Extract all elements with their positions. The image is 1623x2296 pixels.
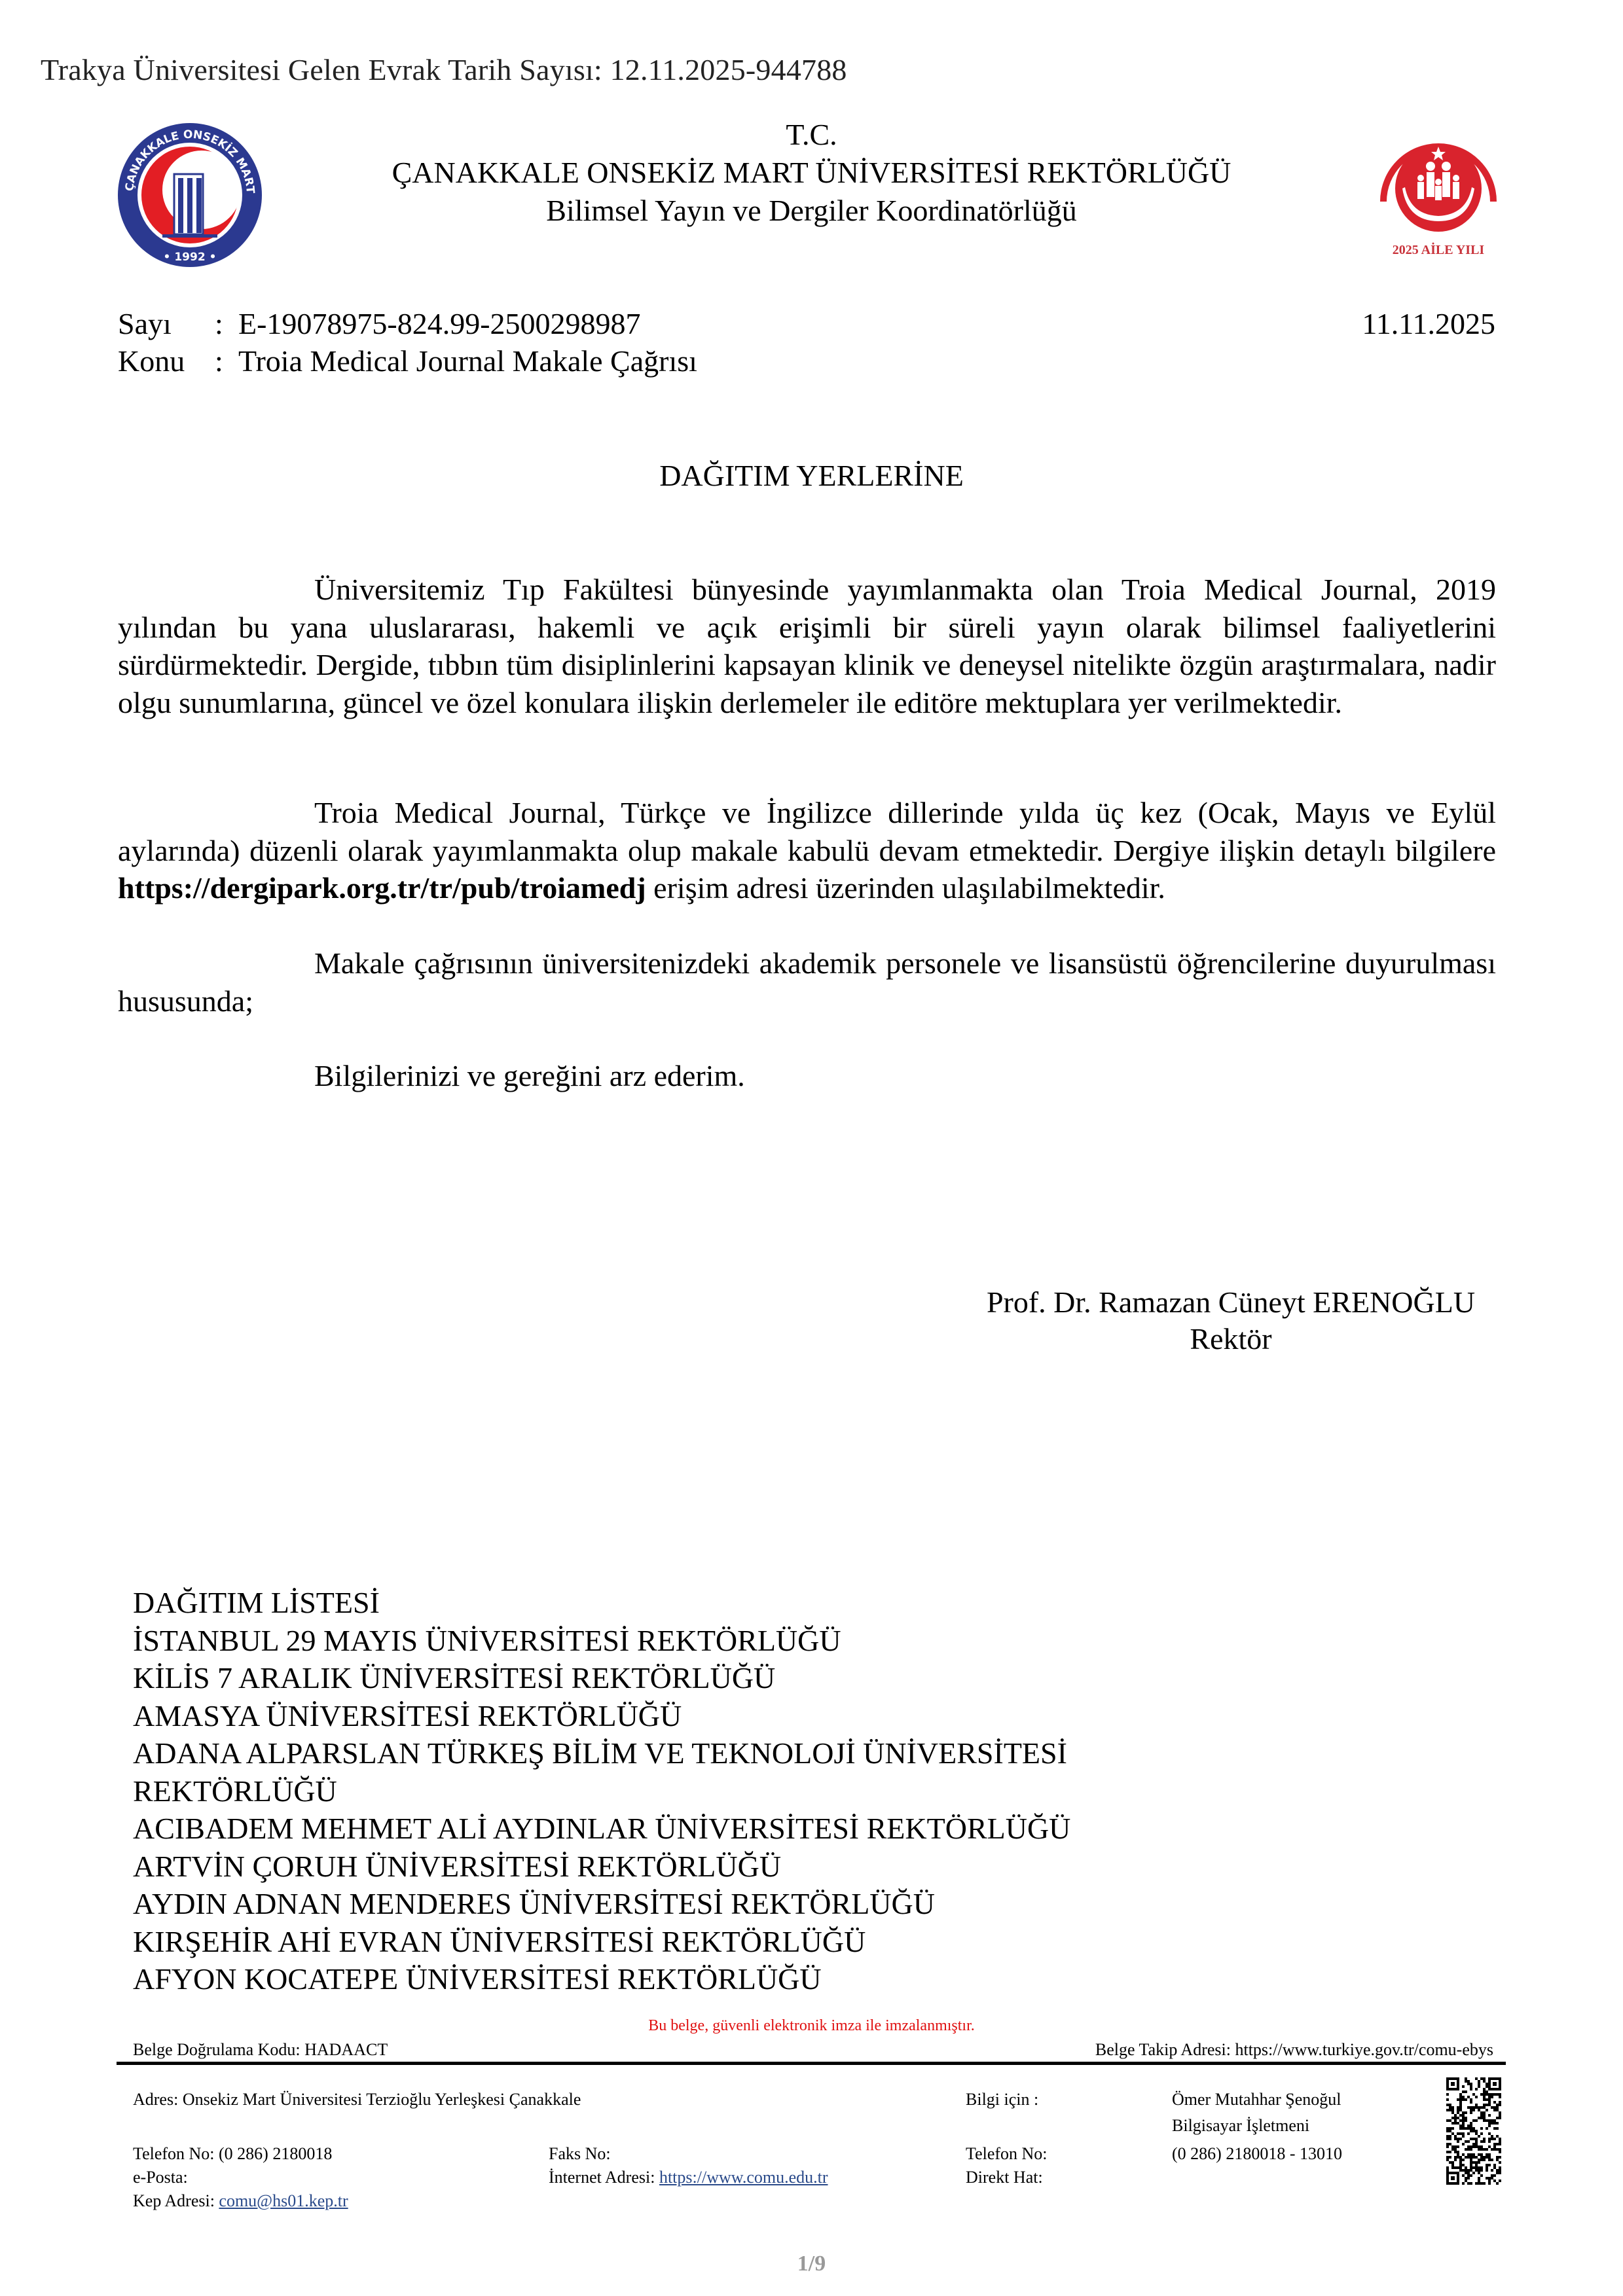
number-label: Sayı [118,306,215,342]
footer-internet: İnternet Adresi: https://www.comu.edu.tr [549,2166,828,2189]
body-paragraph-3: Makale çağrısının üniversitenizdeki akad… [118,944,1496,1020]
kep-address-link[interactable]: comu@hs01.kep.tr [219,2191,348,2210]
page-number: 1/9 [0,2251,1623,2276]
separator: : [215,343,238,380]
footer-email: e-Posta: [133,2166,188,2189]
contact-phone-label: Telefon No: [966,2142,1048,2166]
verification-code: Belge Doğrulama Kodu: HADAACT [133,2040,388,2060]
distribution-list: DAĞITIM LİSTESİ İSTANBUL 29 MAYIS ÜNİVER… [133,1584,1246,1998]
list-item: AFYON KOCATEPE ÜNİVERSİTESİ REKTÖRLÜĞÜ [133,1960,1246,1998]
closing-line: Bilgilerinizi ve gereğini arz ederim. [118,1057,1496,1095]
subject-label: Konu [118,343,215,380]
signatory-title: Rektör [959,1321,1503,1357]
svg-text:• 1992 •: • 1992 • [164,251,217,264]
body-paragraph-1: Üniversitemiz Tıp Fakültesi bünyesinde y… [118,571,1496,721]
distribution-heading: DAĞITIM LİSTESİ [133,1584,1246,1622]
salutation: DAĞITIM YERLERİNE [0,458,1623,493]
e-signature-notice: Bu belge, güvenli elektronik imza ile im… [0,2017,1623,2035]
list-item: AYDIN ADNAN MENDERES ÜNİVERSİTESİ REKTÖR… [133,1885,1246,1923]
body-paragraph-2: Troia Medical Journal, Türkçe ve İngiliz… [118,794,1496,907]
tracking-address: Belge Takip Adresi: https://www.turkiye.… [1095,2040,1493,2060]
journal-url[interactable]: https://dergipark.org.tr/tr/pub/troiamed… [118,871,646,905]
list-item: ADANA ALPARSLAN TÜRKEŞ BİLİM VE TEKNOLOJ… [133,1734,1246,1810]
contact-title: Bilgisayar İşletmeni [1172,2114,1309,2138]
qr-code-icon[interactable] [1445,2076,1503,2186]
contact-name: Ömer Mutahhar Şenoğul [1172,2088,1341,2111]
info-label: Bilgi için : [966,2088,1038,2111]
separator: : [215,306,238,342]
list-item: İSTANBUL 29 MAYIS ÜNİVERSİTESİ REKTÖRLÜĞ… [133,1622,1246,1660]
direct-line-label: Direkt Hat: [966,2166,1043,2189]
subject-value: Troia Medical Journal Makale Çağrısı [238,343,697,380]
footer-address: Adres: Onsekiz Mart Üniversitesi Terzioğ… [133,2088,581,2111]
footer-divider [117,2062,1506,2065]
list-item: ACIBADEM MEHMET ALİ AYDINLAR ÜNİVERSİTES… [133,1810,1246,1848]
family-year-emblem-icon: 2025 AİLE YILI [1368,123,1508,263]
list-item: ARTVİN ÇORUH ÜNİVERSİTESİ REKTÖRLÜĞÜ [133,1848,1246,1886]
document-number: E-19078975-824.99-2500298987 [238,306,641,342]
website-link[interactable]: https://www.comu.edu.tr [659,2168,828,2187]
signatory-name: Prof. Dr. Ramazan Cüneyt ERENOĞLU [959,1284,1503,1321]
contact-phone: (0 286) 2180018 - 13010 [1172,2142,1342,2166]
list-item: AMASYA ÜNİVERSİTESİ REKTÖRLÜĞÜ [133,1697,1246,1735]
footer-phone: Telefon No: (0 286) 2180018 [133,2142,332,2166]
list-item: KIRŞEHİR AHİ EVRAN ÜNİVERSİTESİ REKTÖRLÜ… [133,1923,1246,1961]
list-item: KİLİS 7 ARALIK ÜNİVERSİTESİ REKTÖRLÜĞÜ [133,1659,1246,1697]
footer-kep: Kep Adresi: comu@hs01.kep.tr [133,2189,348,2213]
footer-fax: Faks No: [549,2142,611,2166]
signature-block: Prof. Dr. Ramazan Cüneyt ERENOĞLU Rektör [959,1284,1503,1357]
document-date: 11.11.2025 [1362,306,1495,342]
svg-text:2025 AİLE YILI: 2025 AİLE YILI [1393,242,1485,257]
incoming-document-stamp: Trakya Üniversitesi Gelen Evrak Tarih Sa… [41,52,847,87]
subject-row: Konu : Troia Medical Journal Makale Çağr… [118,343,697,380]
document-number-row: Sayı : E-19078975-824.99-2500298987 [118,306,641,342]
